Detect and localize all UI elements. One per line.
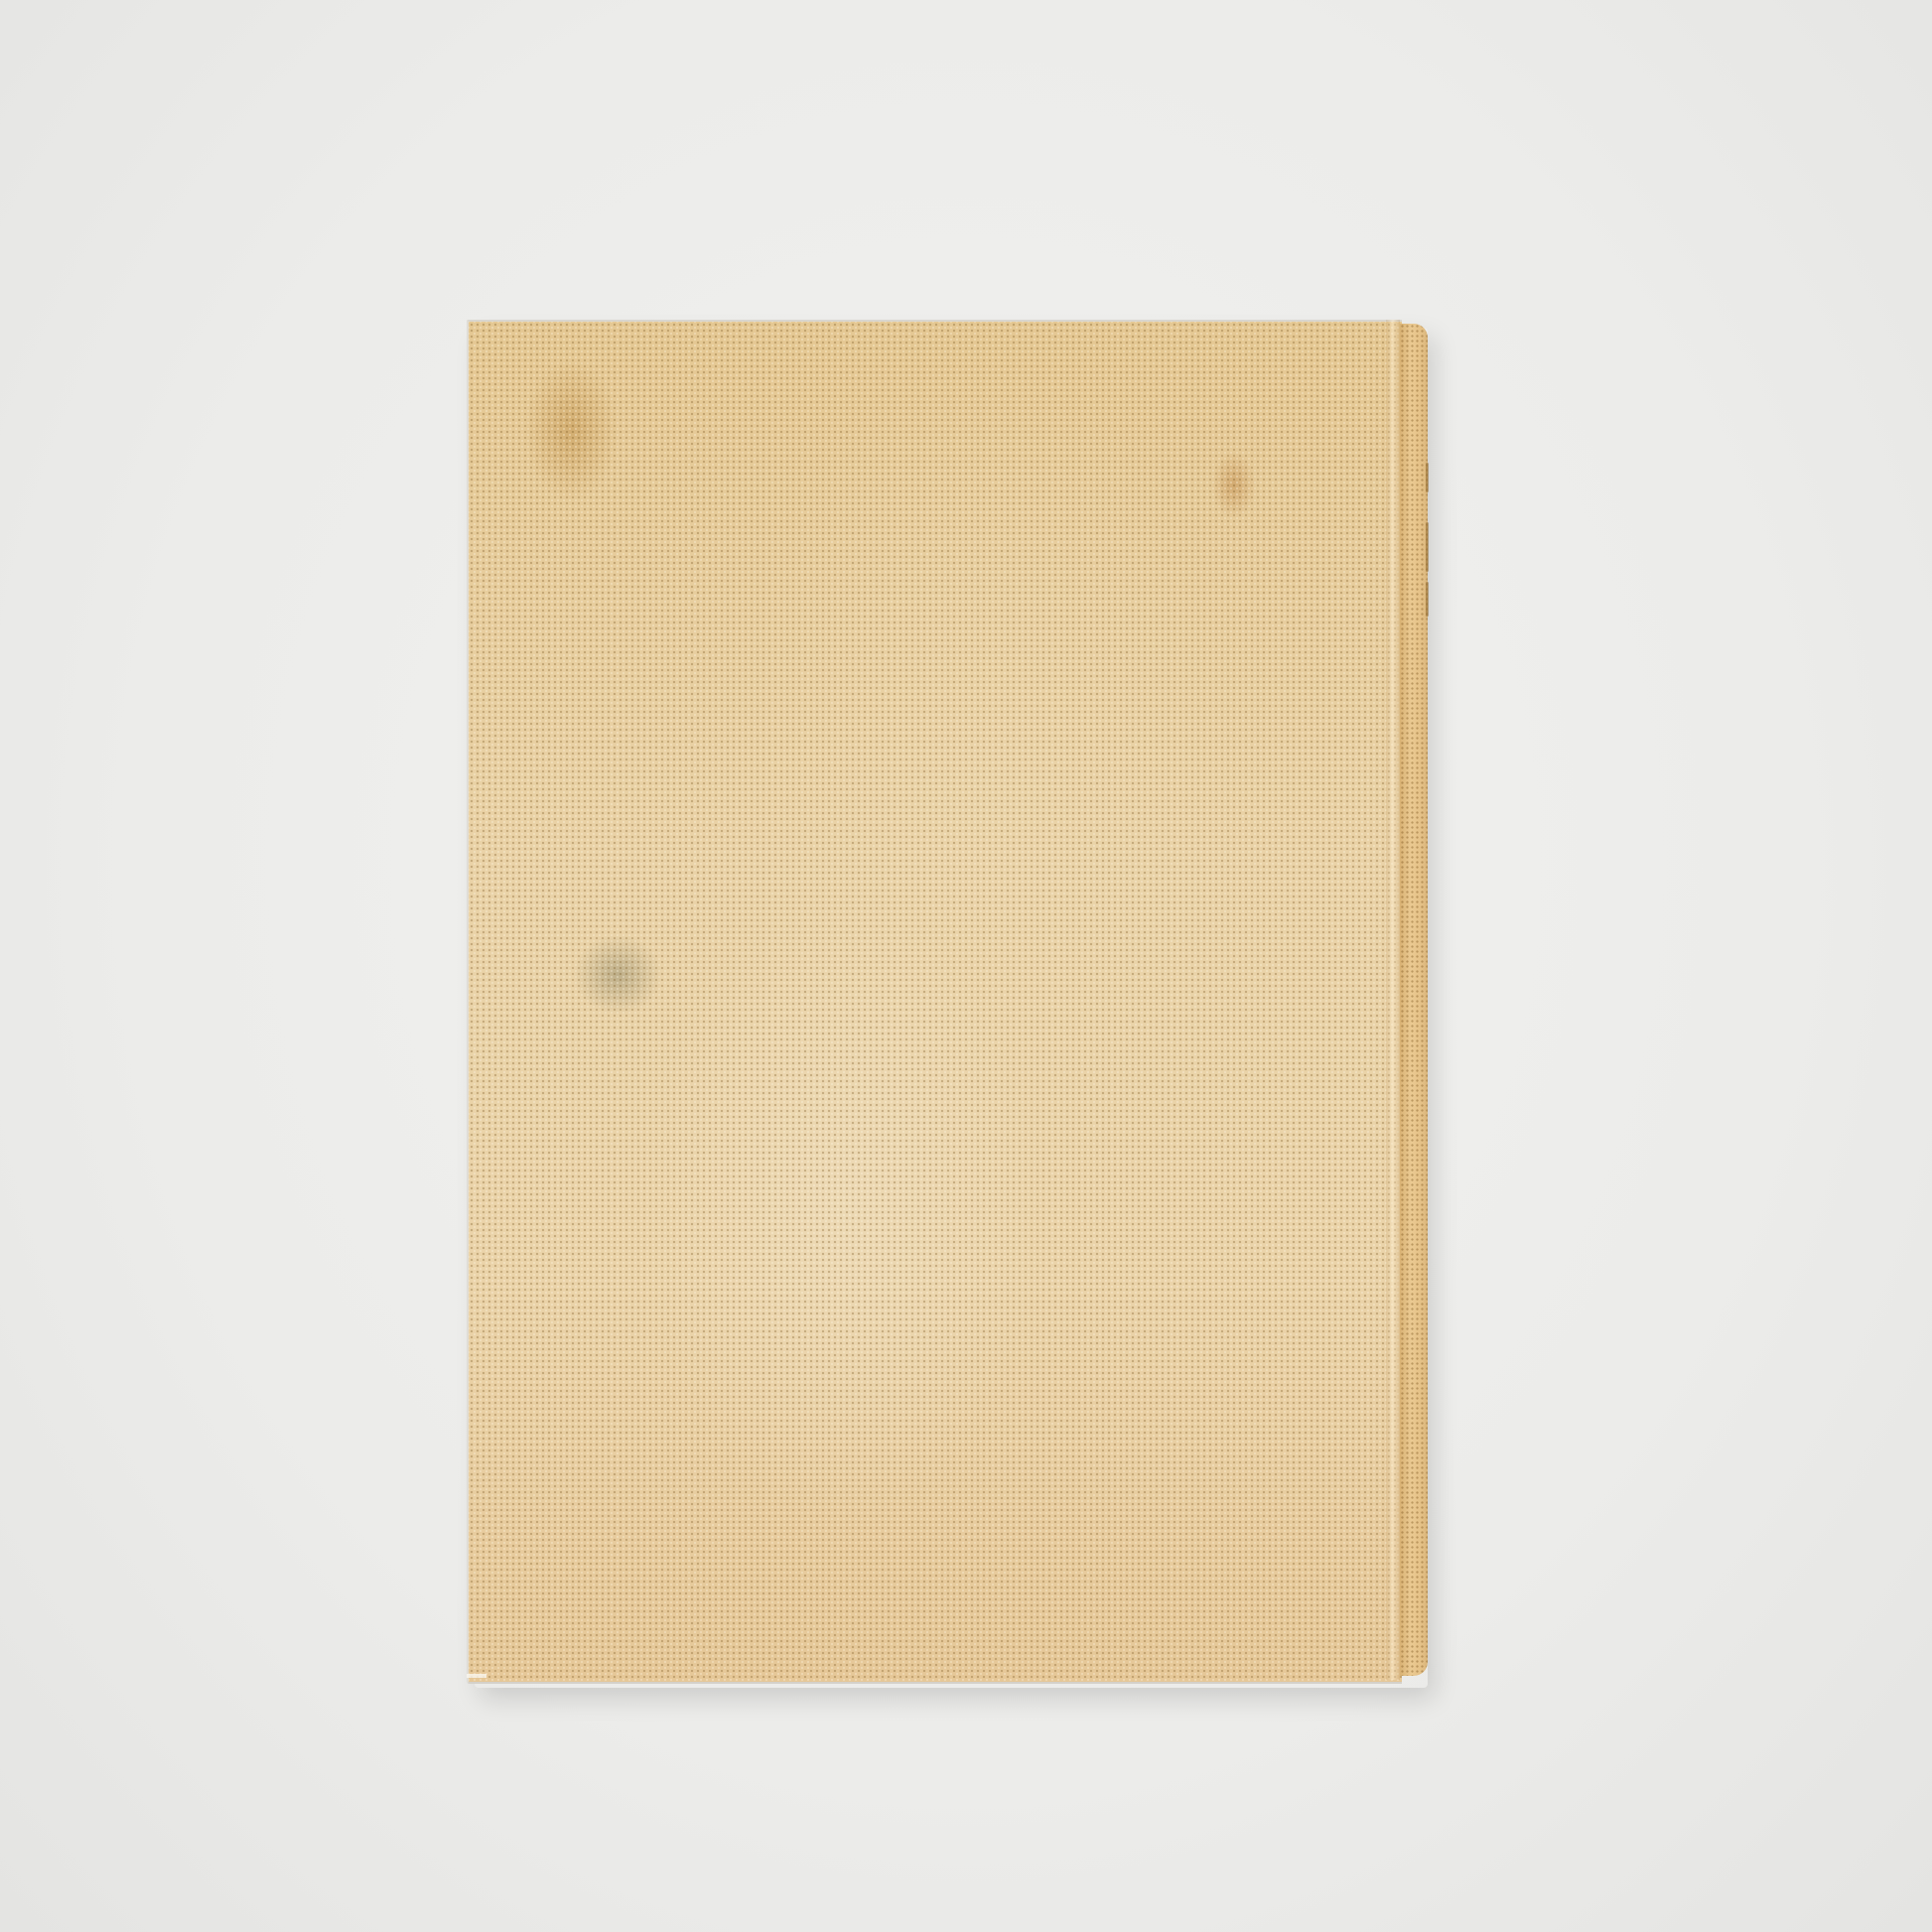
book	[467, 320, 1428, 1680]
back-cover	[467, 320, 1402, 1684]
corner-wear	[467, 1674, 486, 1678]
spine-wear-mark	[1426, 463, 1429, 492]
spine-wear-mark	[1426, 522, 1429, 572]
spine-wear-mark	[1426, 582, 1429, 617]
cover-hinge-groove	[1386, 320, 1400, 1680]
book-spine	[1400, 324, 1428, 1676]
photo-background: { "image": { "subject": "book-back-cover…	[0, 0, 1932, 1932]
